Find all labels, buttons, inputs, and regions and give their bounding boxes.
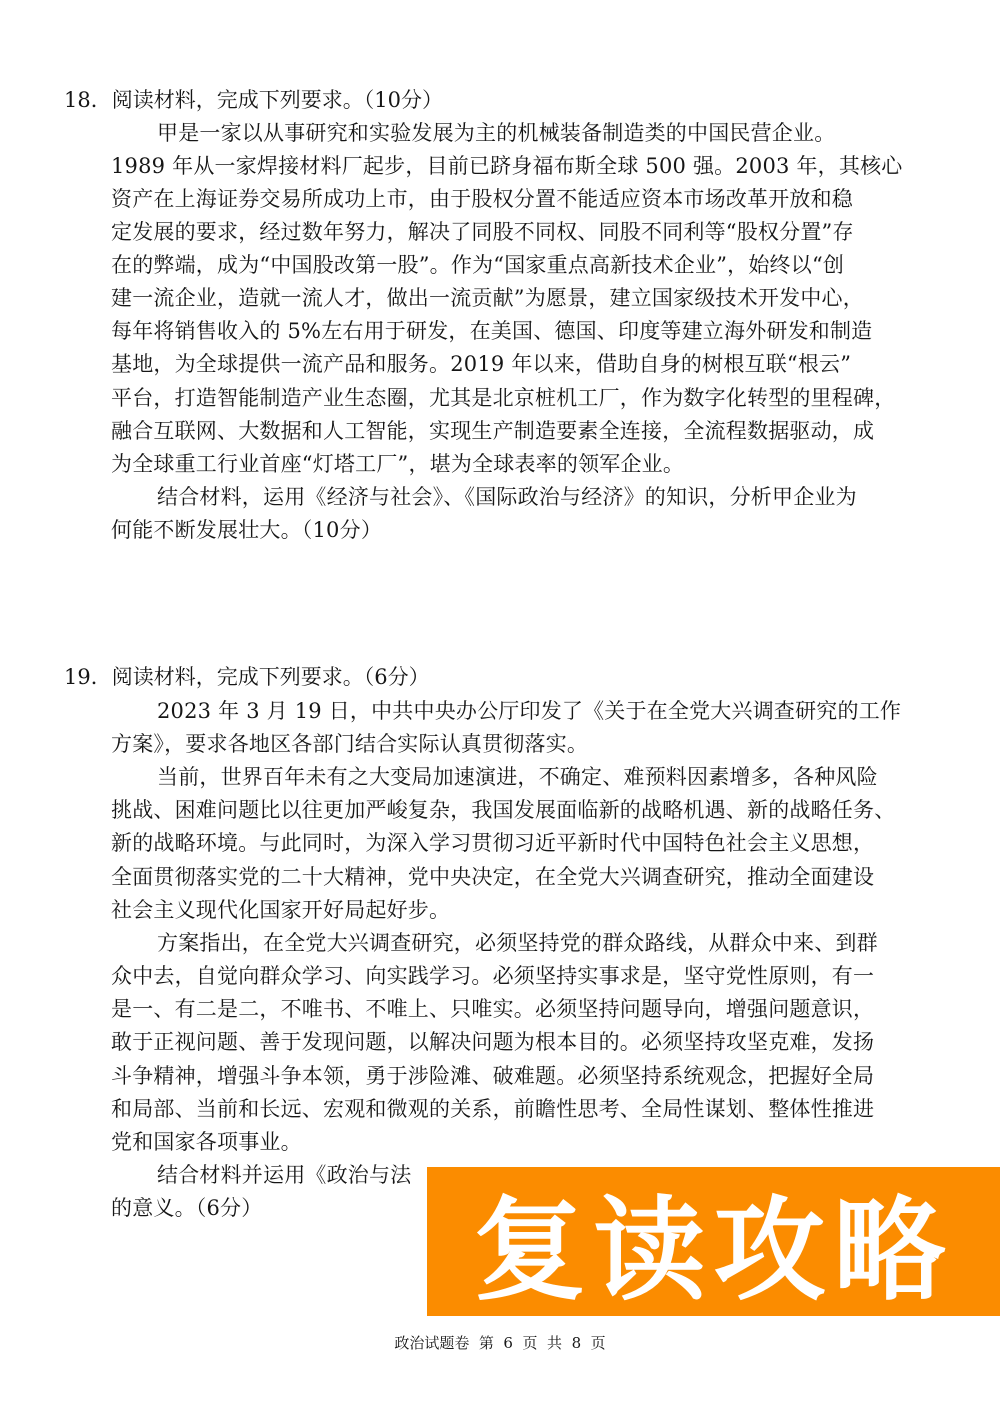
q19-line: 新的战略环境。与此同时，为深入学习贯彻习近平新时代中国特色社会主义思想， <box>111 828 874 858</box>
q19-prompt-line: 结合材料并运用《政治与法 <box>157 1160 411 1190</box>
q18-line: 资产在上海证券交易所成功上市，由于股权分置不能适应资本市场改革开放和稳 <box>111 184 853 214</box>
q18-line: 每年将销售收入的 5%左右用于研发，在美国、德国、印度等建立海外研发和制造 <box>111 316 872 346</box>
q18-line: 甲是一家以从事研究和实验发展为主的机械装备制造类的中国民营企业。 <box>157 118 835 148</box>
q18-line: 为全球重工行业首座“灯塔工厂”，堪为全球表率的领军企业。 <box>111 449 684 479</box>
q18-line: 融合互联网、大数据和人工智能，实现生产制造要素全连接，全流程数据驱动，成 <box>111 416 874 446</box>
page-footer: 政治试题卷 第 6 页 共 8 页 <box>0 1333 1000 1353</box>
q19-line: 众中去，自觉向群众学习、向实践学习。必须坚持实事求是，坚守党性原则，有一 <box>111 961 874 991</box>
q18-prompt-line: 结合材料，运用《经济与社会》、《国际政治与经济》的知识，分析甲企业为 <box>157 482 857 512</box>
q19-line: 是一、有二是二，不唯书、不唯上、只唯实。必须坚持问题导向，增强问题意识， <box>111 994 874 1024</box>
q18-line: 1989 年从一家焊接材料厂起步，目前已跻身福布斯全球 500 强。2003 年… <box>111 151 902 181</box>
q19-line: 和局部、当前和长远、宏观和微观的关系，前瞻性思考、全局性谋划、整体性推进 <box>111 1094 874 1124</box>
watermark-banner: 复读攻略 <box>427 1167 1000 1316</box>
q18-line: 平台，打造智能制造产业生态圈，尤其是北京桩机工厂，作为数字化转型的里程碑， <box>111 383 895 413</box>
q18-line: 在的弊端，成为“中国股改第一股”。作为“国家重点高新技术企业”，始终以“创 <box>111 250 844 280</box>
q19-prompt-line: 的意义。（6分） <box>111 1193 262 1223</box>
question-18-title: 18．阅读材料，完成下列要求。（10分） <box>64 85 443 115</box>
q19-line: 社会主义现代化国家开好局起好步。 <box>111 895 450 925</box>
q19-line: 党和国家各项事业。 <box>111 1127 302 1157</box>
q18-prompt-line: 何能不断发展壮大。（10分） <box>111 515 382 545</box>
question-19-title: 19．阅读材料，完成下列要求。（6分） <box>64 662 430 692</box>
q19-line: 2023 年 3 月 19 日，中共中央办公厅印发了《关于在全党大兴调查研究的工… <box>157 696 901 726</box>
q19-line: 斗争精神，增强斗争本领，勇于涉险滩、破难题。必须坚持系统观念，把握好全局 <box>111 1061 874 1091</box>
q18-line: 基地，为全球提供一流产品和服务。2019 年以来，借助自身的树根互联“根云” <box>111 349 851 379</box>
q19-line: 方案指出，在全党大兴调查研究，必须坚持党的群众路线，从群众中来、到群 <box>157 928 878 958</box>
q19-line: 敢于正视问题、善于发现问题，以解决问题为根本目的。必须坚持攻坚克难，发扬 <box>111 1027 874 1057</box>
q19-line: 挑战、困难问题比以往更加严峻复杂，我国发展面临新的战略机遇、新的战略任务、 <box>111 795 895 825</box>
q18-line: 定发展的要求，经过数年努力，解决了同股不同权、同股不同利等“股权分置”存 <box>111 217 854 247</box>
q18-line: 建一流企业，造就一流人才，做出一流贡献”为愿景，建立国家级技术开发中心， <box>111 283 864 313</box>
q19-line: 当前，世界百年未有之大变局加速演进，不确定、难预料因素增多，各种风险 <box>157 762 878 792</box>
q19-line: 方案》，要求各地区各部门结合实际认真贯彻落实。 <box>111 729 588 759</box>
q19-line: 全面贯彻落实党的二十大精神，党中央决定，在全党大兴调查研究，推动全面建设 <box>111 862 874 892</box>
